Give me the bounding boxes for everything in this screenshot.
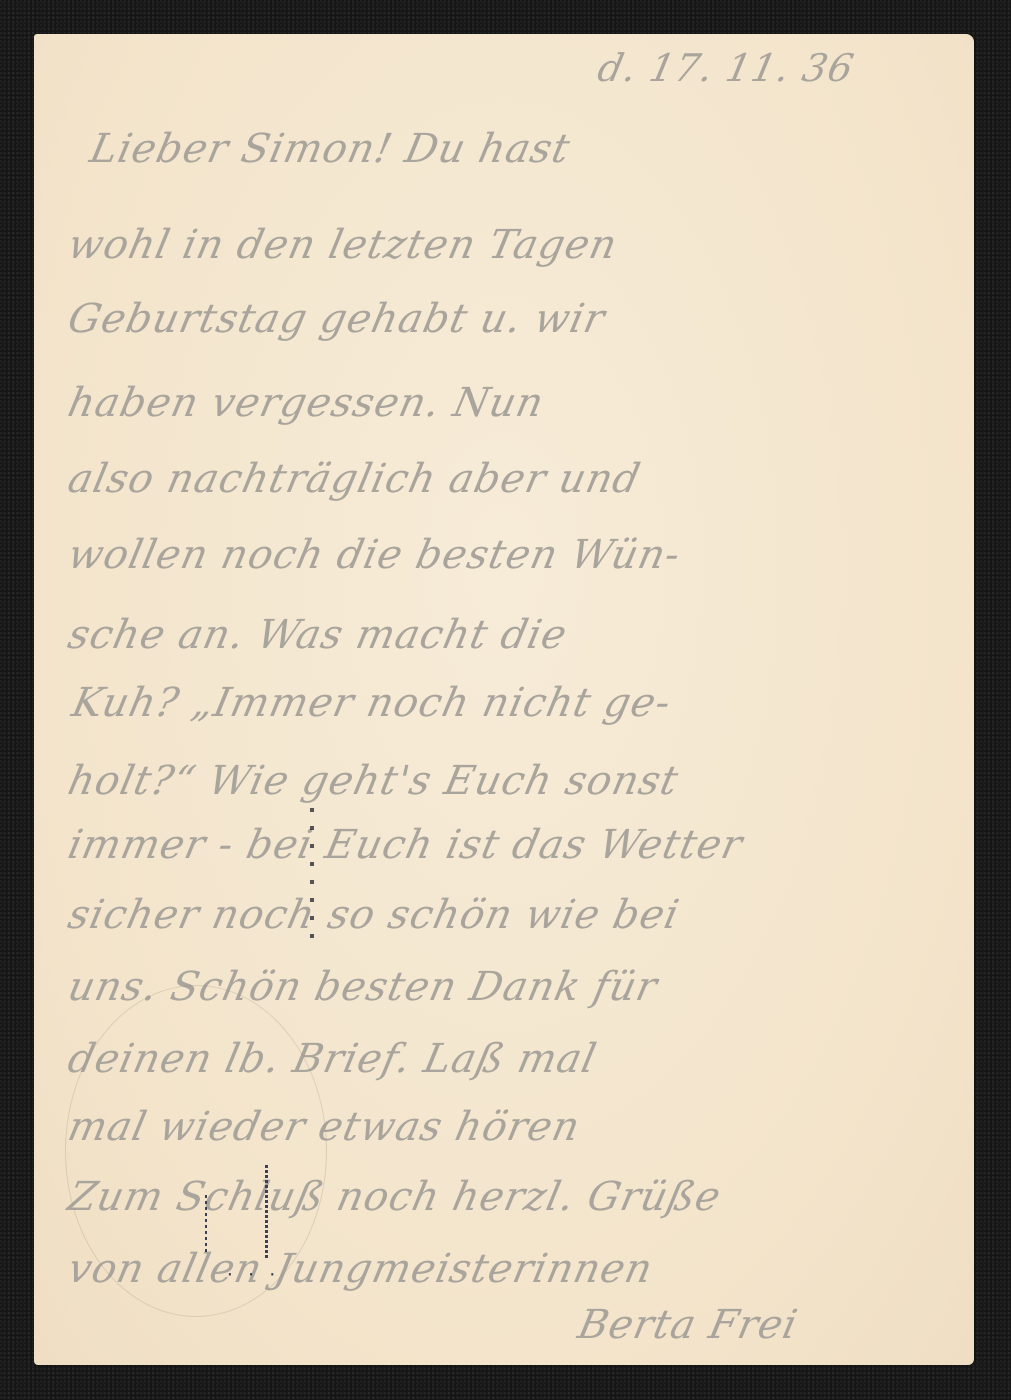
text-line: haben vergessen. Nun [64, 380, 548, 426]
text-line: Kuh? „Immer noch nicht ge- [68, 680, 675, 726]
signature: Berta Frei [574, 1302, 802, 1348]
postmark-bar [265, 1165, 268, 1260]
postmark-text: · · · [225, 1265, 278, 1284]
text-line: Geburtstag gehabt u. wir [64, 296, 609, 342]
ink-specks [310, 808, 314, 948]
text-line: also nachträglich aber und [64, 456, 645, 502]
text-line: immer - bei Euch ist das Wetter [64, 822, 747, 868]
text-line: holt?“ Wie geht's Euch sonst [64, 758, 683, 804]
text-line: sicher noch so schön wie bei [64, 892, 684, 938]
text-line: wohl in den letzten Tagen [64, 222, 622, 268]
postmark-circle [65, 985, 327, 1317]
postmark-bar [205, 1195, 207, 1255]
text-line: sche an. Was macht die [64, 612, 571, 658]
text-line: Lieber Simon! Du hast [86, 126, 574, 172]
date: d. 17. 11. 36 [594, 46, 858, 90]
text-line: wollen noch die besten Wün- [64, 532, 685, 578]
postmark-fragment: · · · [205, 1165, 295, 1325]
